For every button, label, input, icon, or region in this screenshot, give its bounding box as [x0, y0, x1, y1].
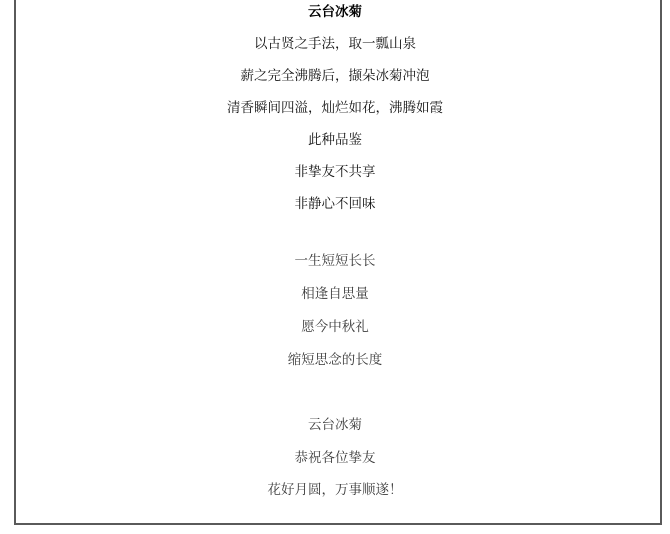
poem-line: 一生短短长长 — [0, 252, 670, 270]
poem-line: 以古贤之手法，取一瓢山泉 — [0, 35, 670, 53]
poem-line: 非挚友不共享 — [0, 163, 670, 181]
poem-line: 薪之完全沸腾后，撷朵冰菊冲泡 — [0, 67, 670, 85]
poem-line: 相逢自思量 — [0, 285, 670, 303]
poem-line: 非静心不回味 — [0, 195, 670, 213]
poem-line: 愿今中秋礼 — [0, 318, 670, 336]
poem-line: 花好月圆，万事顺遂！ — [0, 481, 670, 499]
poem-line: 缩短思念的长度 — [0, 351, 670, 369]
poem-title: 云台冰菊 — [0, 3, 670, 21]
poem-line: 恭祝各位挚友 — [0, 449, 670, 467]
poem-line: 云台冰菊 — [0, 416, 670, 434]
poem-line: 此种品鉴 — [0, 131, 670, 149]
poem-line: 清香瞬间四溢，灿烂如花，沸腾如霞 — [0, 99, 670, 117]
